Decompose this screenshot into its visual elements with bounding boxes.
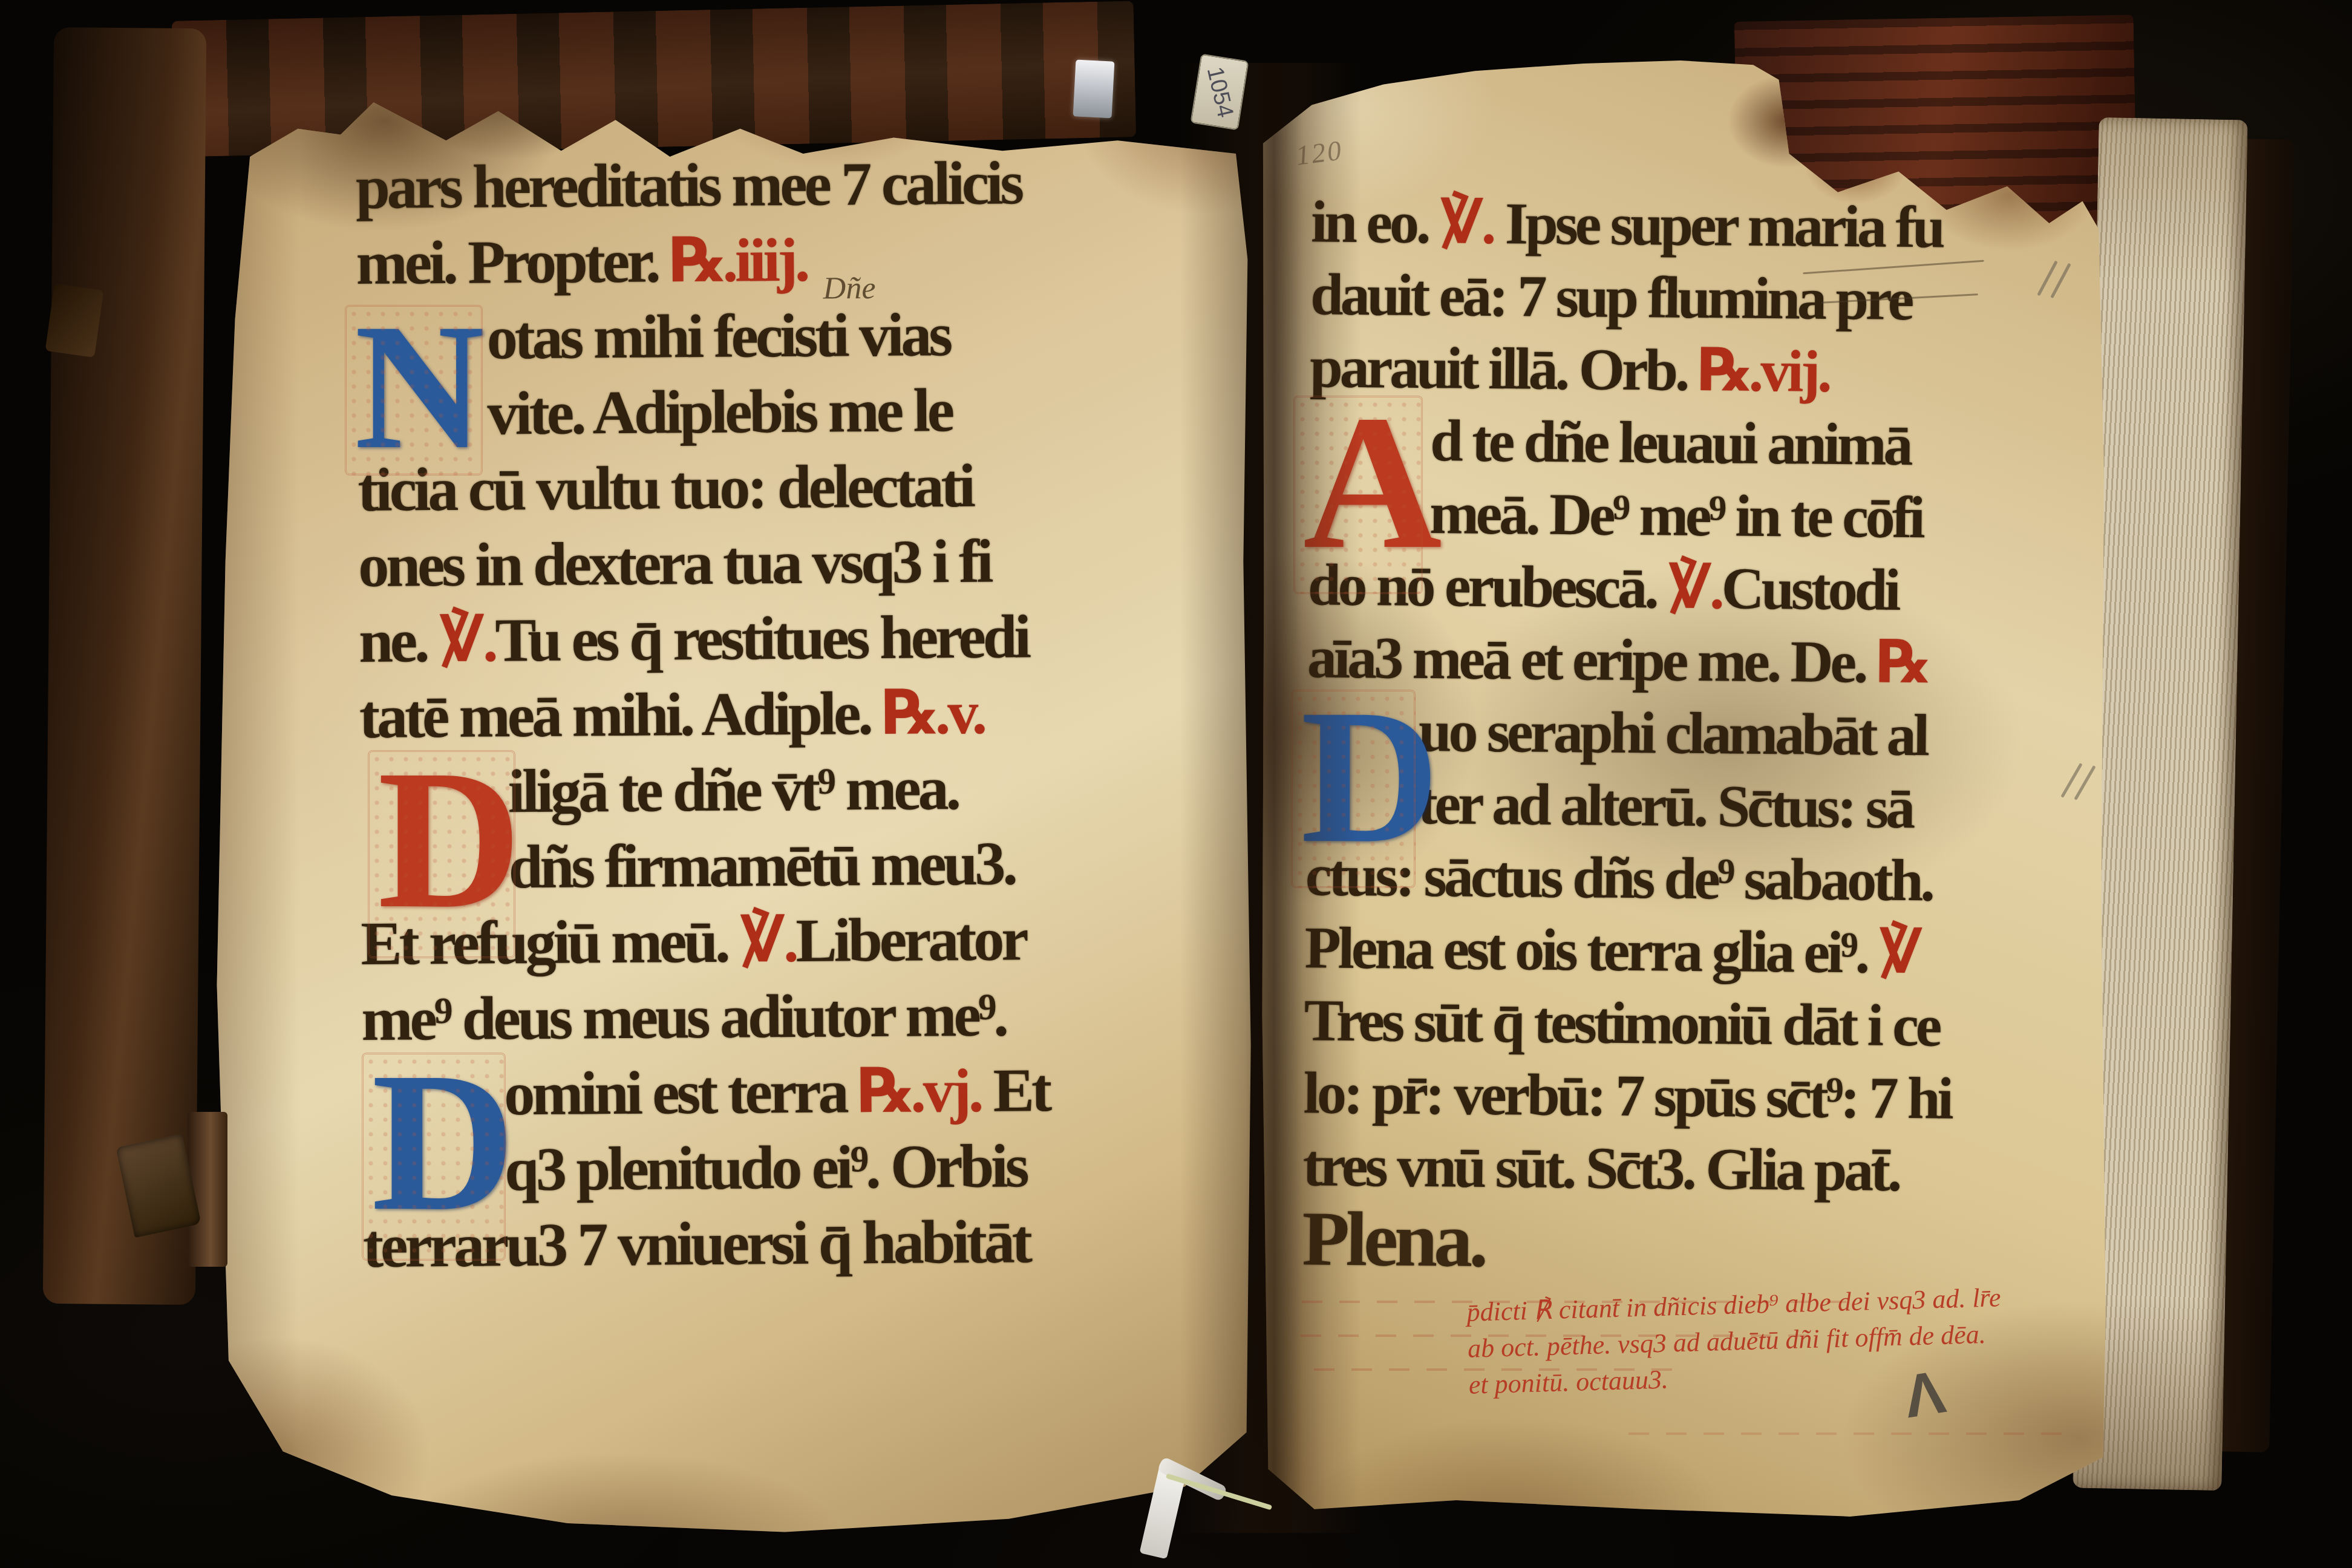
text-segment: pars hereditatis mee 7 calicis [356, 149, 1022, 222]
illuminated-initial-N: N [354, 315, 473, 466]
text-segment: Plena est ois terra glia ei⁹. [1304, 915, 1879, 985]
text-segment: uo seraphi clamabāt al [1419, 699, 1927, 768]
right_page-line-11: Plena est ois terra glia ei⁹. ℣ [1304, 912, 1952, 990]
text-segment: ne. [359, 607, 440, 676]
bookmark-ribbon [1124, 1463, 1269, 1568]
text-segment: Custodi [1721, 556, 1898, 623]
text-segment: otas mihi fecisti vias [486, 301, 950, 372]
illuminated-initial-D: D [1301, 699, 1406, 878]
text-segment: ℣ [1878, 921, 1921, 987]
text-segment: Et [981, 1056, 1049, 1125]
text-segment: ℞ [1877, 630, 1928, 696]
text-segment: ℣. [1668, 556, 1722, 622]
illuminated-initial-D: D [371, 1062, 496, 1251]
text-segment: in eo. [1311, 189, 1440, 256]
text-segment: ℞.v. [883, 679, 985, 748]
text-segment: ℣. [1440, 191, 1494, 256]
faded-red-ruling-line [1302, 1301, 1846, 1303]
text-segment: ℞.vj. [858, 1057, 981, 1126]
text-segment: ℞.iiij. [670, 226, 808, 296]
text-segment: tres vnū sūt. Sc̄t3. Glia pat̄. [1302, 1133, 1900, 1204]
illuminated-initial-D: D [377, 760, 506, 949]
text-segment: Plena. [1302, 1195, 1485, 1283]
text-segment: Tres sūt q̄ testimoniū dāt i ce [1304, 988, 1939, 1059]
folio-number: 120 [1294, 134, 1345, 171]
text-segment: lo: pr̄: verbū: 7 spūs sc̄t⁹: 7 hi [1303, 1060, 1951, 1131]
text-segment: Liberator [795, 905, 1026, 975]
text-segment: vite. Adiplebis me le [487, 376, 952, 448]
manuscript-photo: pars hereditatis mee 7 calicismei. Propt… [0, 0, 2352, 1568]
text-segment: ℣. [439, 606, 495, 675]
faded-red-ruling-line [1628, 1432, 2076, 1435]
right_page-line-15: Plena. [1302, 1202, 1950, 1280]
text-segment: ℣. [740, 907, 796, 976]
right_page-line-13: lo: pr̄: verbū: 7 spūs sc̄t⁹: 7 hi [1303, 1057, 1951, 1135]
clasp-fitting-upper [45, 284, 104, 358]
text-segment: Tu es q̄ restitues heredi [495, 603, 1028, 675]
text-segment: ℞.vij. [1699, 338, 1830, 405]
text-segment: ter ad alterū. Sc̄tus: sā [1417, 771, 1912, 841]
right_page-line-12: Tres sūt q̄ testimoniū dāt i ce [1304, 984, 1952, 1062]
red-rubric-note: p̄dicti ℟ citant̄ in dñicis dieb⁹ albe d… [1466, 1275, 2153, 1403]
right_page-line-1: in eo. ℣. Ipse super maria fu [1311, 186, 1959, 264]
faded-red-ruling-line [1314, 1368, 1689, 1371]
left-page: pars hereditatis mee 7 calicismei. Propt… [192, 77, 1258, 1544]
text-segment: omini est terra [504, 1057, 858, 1128]
text-segment: q3 plenitudo ei⁹. Orbis [505, 1132, 1027, 1204]
left_page-line-1: pars hereditatis mee 7 calicis [355, 145, 1042, 226]
metal-clasp [125, 1112, 227, 1267]
text-segment: dñs firmamētū meu3. [508, 829, 1015, 901]
right-page: in eo. ℣. Ipse super maria fudauit eā: 7… [1257, 47, 2112, 1527]
text-segment: d te dñe leuaui animā [1430, 408, 1910, 478]
inventory-tag: 1054 [1190, 53, 1249, 130]
faded-red-ruling-line [1301, 1334, 1821, 1337]
inventory-tag-number: 1054 [1201, 64, 1238, 120]
left_page-line-6: ones in dextera tua vsq3 i fi [358, 523, 1045, 604]
text-segment: Dñe [823, 271, 876, 306]
text-segment: Ipse super maria fu [1493, 191, 1942, 260]
left_page-line-7: ne. ℣.Tu es q̄ restitues heredi [359, 599, 1046, 679]
text-segment: iligā te dñe v̄t⁹ mea. [508, 754, 958, 826]
illuminated-initial-A: A [1303, 405, 1413, 584]
text-segment: meā. De⁹ me⁹ in te cōfi [1429, 481, 1922, 550]
silver-tape-tab [1073, 59, 1115, 118]
text-segment: ones in dextera tua vsq3 i fi [358, 528, 991, 600]
